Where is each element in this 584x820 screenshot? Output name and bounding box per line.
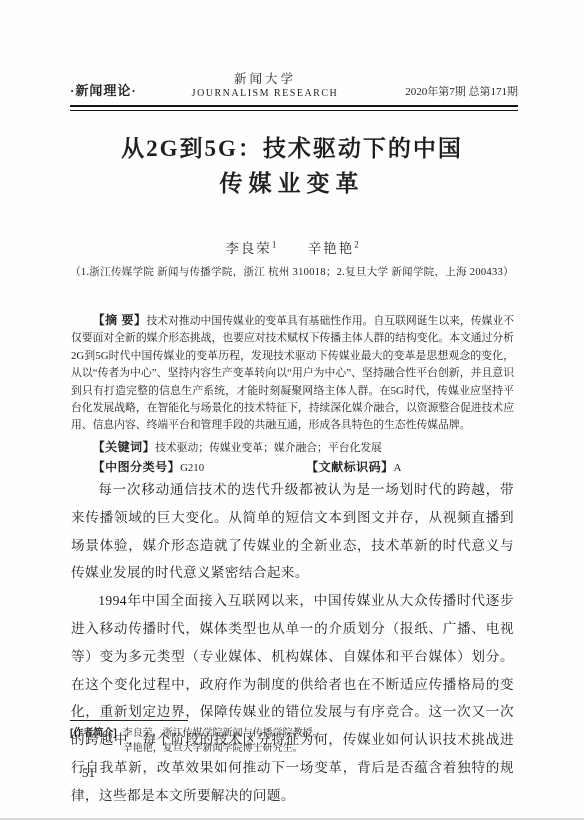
journal-page: ·新闻理论· 新闻大学 JOURNALISM RESEARCH 2020年第7期… (0, 0, 584, 820)
footnote-label: [作者简介] (70, 726, 117, 756)
author-1-name: 李良荣 (225, 241, 272, 256)
clc-value: G210 (180, 462, 204, 474)
keywords-line: 【关键词】技术驱动；传媒业变革；媒介融合；平台化发展 (71, 439, 514, 457)
footnote-row: [作者简介] 李良荣，浙江传媒学院新闻与传播学院教授。 辛艳艳，复旦大学新闻学院… (70, 726, 514, 756)
classification-line: 【中图分类号】G210【文献标识码】A (71, 459, 514, 477)
author-2: 辛艳艳2 (308, 241, 359, 256)
author-1-sup: 1 (272, 240, 277, 250)
article-title: 从2G到5G：技术驱动下的中国 传媒业变革 (0, 131, 584, 201)
abstract-text: 技术对推动中国传媒业的变革具有基础性作用。自互联网诞生以来，传媒业不仅要面对全新… (71, 315, 514, 431)
article-body: 每一次移动通信技术的迭代升级都被认为是一场划时代的跨越，带来传播领域的巨大变化。… (71, 476, 514, 810)
keywords-text: 技术驱动；传媒业变革；媒介融合；平台化发展 (155, 442, 382, 454)
footnote-line-1: 李良荣，浙江传媒学院新闻与传播学院教授。 (123, 726, 323, 741)
page-number: 51 (82, 765, 95, 781)
doc-code-value: A (394, 462, 402, 474)
footnote-line-2: 辛艳艳，复旦大学新闻学院博士研究生。 (123, 741, 323, 756)
doc-code-group: 【文献标识码】A (306, 462, 401, 474)
affiliation: （1.浙江传媒学院 新闻与传播学院，浙江 杭州 310018；2.复旦大学 新闻… (0, 264, 584, 279)
journal-name: 新闻大学 JOURNALISM RESEARCH (192, 72, 339, 100)
footnote: [作者简介] 李良荣，浙江传媒学院新闻与传播学院教授。 辛艳艳，复旦大学新闻学院… (70, 720, 514, 756)
abstract-label: 【摘 要】 (93, 313, 147, 327)
footnote-rule (70, 720, 188, 721)
authors-line: 李良荣1 辛艳艳2 (0, 237, 584, 257)
body-paragraph-1: 每一次移动通信技术的迭代升级都被认为是一场划时代的跨越，带来传播领域的巨大变化。… (71, 476, 514, 587)
abstract-paragraph: 【摘 要】技术对推动中国传媒业的变革具有基础性作用。自互联网诞生以来，传媒业不仅… (71, 312, 514, 435)
section-label: ·新闻理论· (70, 80, 137, 100)
author-2-sup: 2 (354, 240, 359, 250)
author-2-name: 辛艳艳 (308, 241, 355, 256)
doc-code-label: 【文献标识码】 (306, 460, 394, 474)
title-line-2: 传媒业变革 (220, 171, 365, 196)
author-1: 李良荣1 (225, 241, 276, 256)
footnote-text: 李良荣，浙江传媒学院新闻与传播学院教授。 辛艳艳，复旦大学新闻学院博士研究生。 (123, 726, 323, 756)
page-header: ·新闻理论· 新闻大学 JOURNALISM RESEARCH 2020年第7期… (70, 72, 518, 100)
clc-label: 【中图分类号】 (93, 460, 181, 474)
body-paragraph-2: 1994年中国全面接入互联网以来，中国传媒业从大众传播时代逐步进入移动传播时代，… (71, 587, 514, 809)
header-double-rule (70, 105, 518, 111)
title-line-1: 从2G到5G：技术驱动下的中国 (121, 136, 463, 161)
issue-info: 2020年第7期 总第171期 (405, 83, 518, 100)
journal-name-en: JOURNALISM RESEARCH (192, 88, 339, 101)
keywords-label: 【关键词】 (93, 440, 156, 454)
abstract-section: 【摘 要】技术对推动中国传媒业的变革具有基础性作用。自互联网诞生以来，传媒业不仅… (71, 312, 514, 478)
journal-name-cn: 新闻大学 (192, 72, 339, 88)
